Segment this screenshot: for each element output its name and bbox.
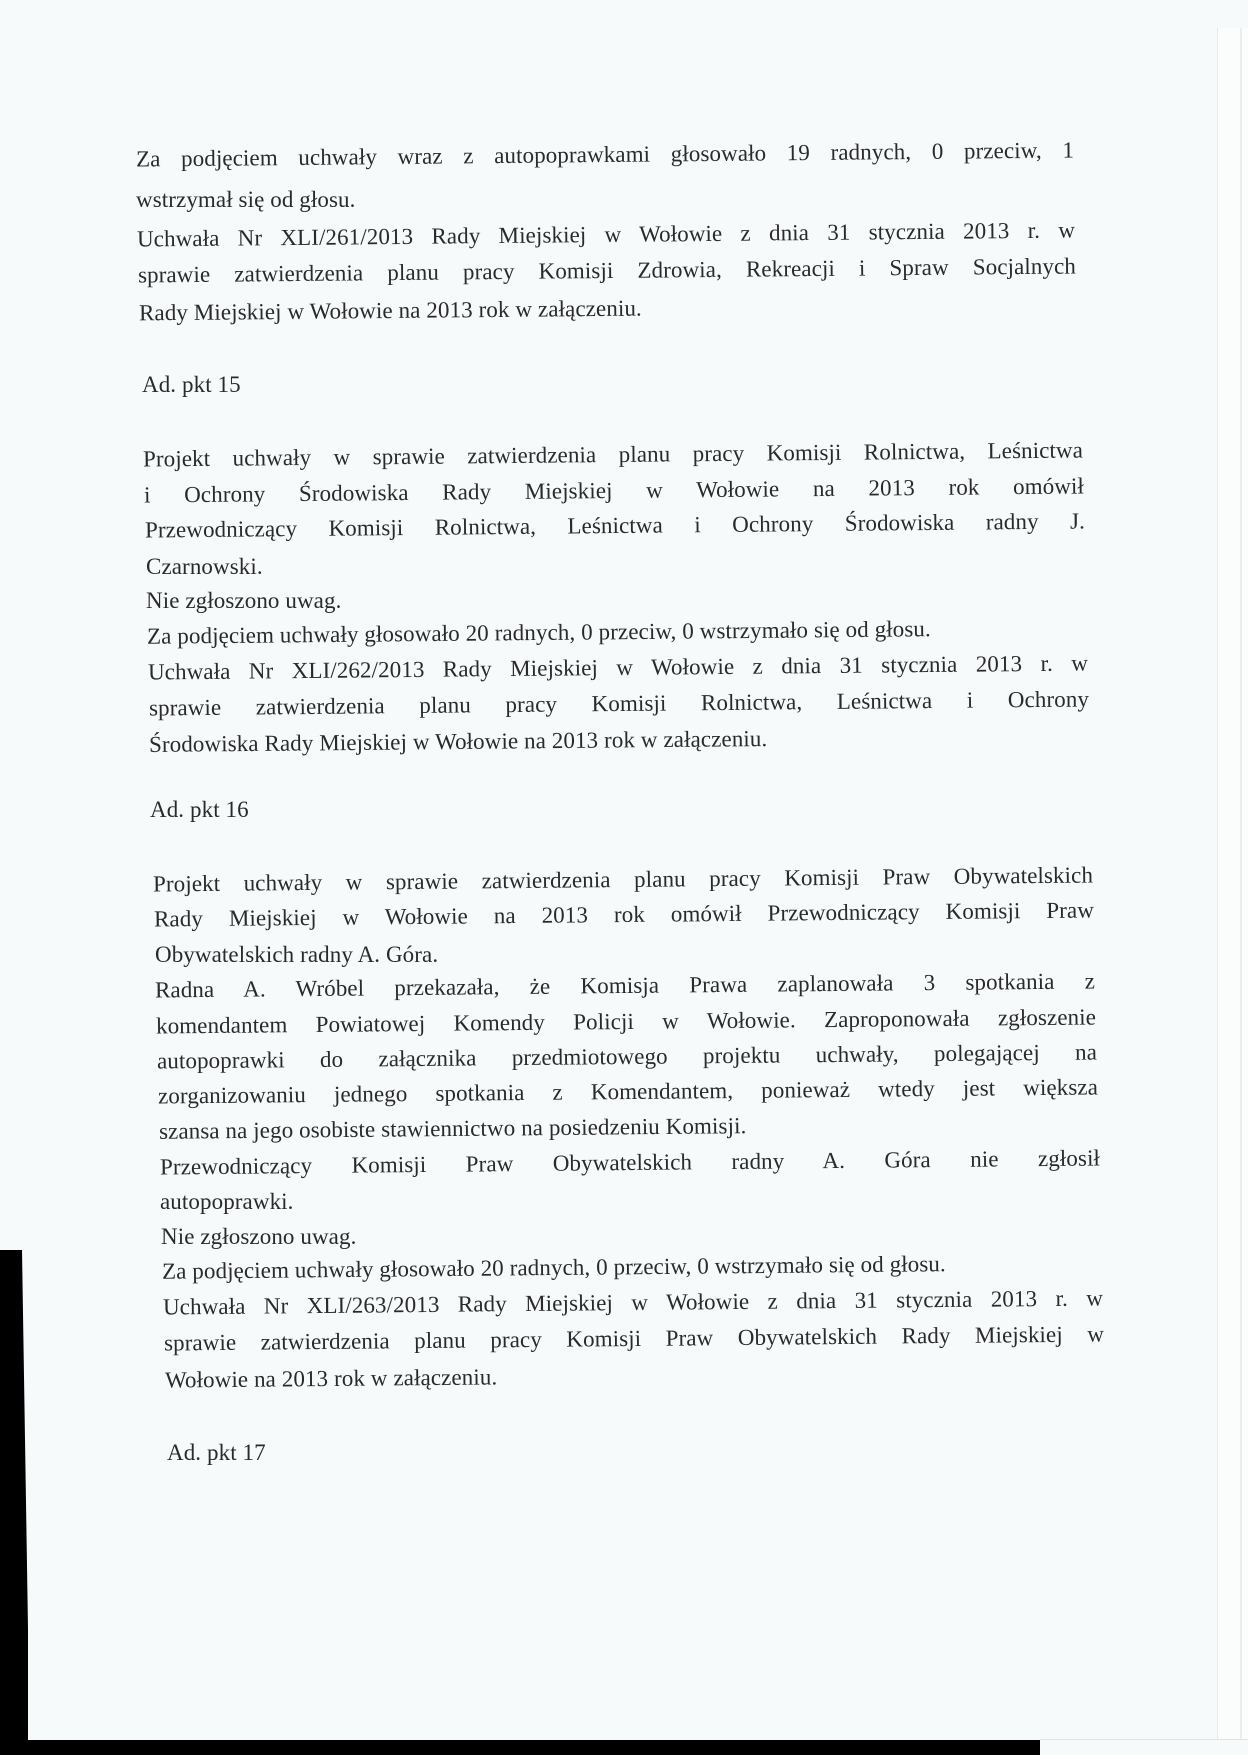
text-line: Nie zgłoszono uwag. bbox=[146, 586, 341, 616]
text-line: Uchwała Nr XLI/263/2013 Rady Miejskiej w… bbox=[163, 1283, 1103, 1322]
section-heading: Ad. pkt 16 bbox=[150, 795, 249, 825]
scan-edge-bottom-right bbox=[1040, 1739, 1248, 1755]
text-line: Przewodniczący Komisji Rolnictwa, Leśnic… bbox=[145, 506, 1085, 545]
section-heading: Ad. pkt 17 bbox=[167, 1438, 266, 1468]
scan-edge-bottom bbox=[0, 1740, 1040, 1755]
text-line: i Ochrony Środowiska Rady Miejskiej w Wo… bbox=[144, 471, 1084, 510]
section-heading: Ad. pkt 15 bbox=[142, 370, 241, 400]
text-line: Przewodniczący Komisji Praw Obywatelskic… bbox=[160, 1143, 1100, 1182]
text-line: szansa na jego osobiste stawiennictwo na… bbox=[159, 1111, 747, 1147]
text-line: Wołowie na 2013 rok w załączeniu. bbox=[165, 1362, 498, 1395]
text-line: sprawie zatwierdzenia planu pracy Komisj… bbox=[149, 684, 1089, 723]
text-line: Rady Miejskiej w Wołowie na 2013 rok w z… bbox=[139, 294, 642, 329]
text-line: wstrzymał się od głosu. bbox=[136, 185, 356, 215]
text-line: Czarnowski. bbox=[146, 552, 263, 582]
text-line: Projekt uchwały w sprawie zatwierdzenia … bbox=[143, 435, 1083, 474]
text-line: Środowiska Rady Miejskiej w Wołowie na 2… bbox=[149, 724, 768, 760]
scan-edge-right bbox=[1217, 28, 1248, 1755]
text-line: zorganizowaniu jednego spotkania z Komen… bbox=[158, 1072, 1098, 1111]
text-line: autopoprawki do załącznika przedmiotoweg… bbox=[157, 1037, 1097, 1076]
text-line: Obywatelskich radny A. Góra. bbox=[155, 940, 438, 970]
text-line: Za podjęciem uchwały głosowało 20 radnyc… bbox=[147, 614, 931, 652]
text-line: Nie zgłoszono uwag. bbox=[161, 1222, 356, 1252]
scanned-page: Za podjęciem uchwały wraz z autopoprawka… bbox=[0, 0, 1248, 1740]
text-line: Uchwała Nr XLI/261/2013 Rady Miejskiej w… bbox=[137, 215, 1075, 254]
text-line: komendantem Powiatowej Komendy Policji w… bbox=[156, 1002, 1096, 1041]
text-line: sprawie zatwierdzenia planu pracy Komisj… bbox=[138, 251, 1076, 290]
text-line: Za podjęciem uchwały głosowało 20 radnyc… bbox=[162, 1249, 946, 1287]
text-line: Uchwała Nr XLI/262/2013 Rady Miejskiej w… bbox=[148, 648, 1088, 687]
text-line: sprawie zatwierdzenia planu pracy Komisj… bbox=[164, 1319, 1104, 1358]
text-line: Projekt uchwały w sprawie zatwierdzenia … bbox=[153, 860, 1093, 899]
text-line: autopoprawki. bbox=[160, 1187, 294, 1217]
text-line: Radna A. Wróbel przekazała, że Komisja P… bbox=[155, 966, 1095, 1005]
text-line: Za podjęciem uchwały wraz z autopoprawka… bbox=[136, 135, 1074, 174]
text-line: Rady Miejskiej w Wołowie na 2013 rok omó… bbox=[154, 895, 1094, 934]
